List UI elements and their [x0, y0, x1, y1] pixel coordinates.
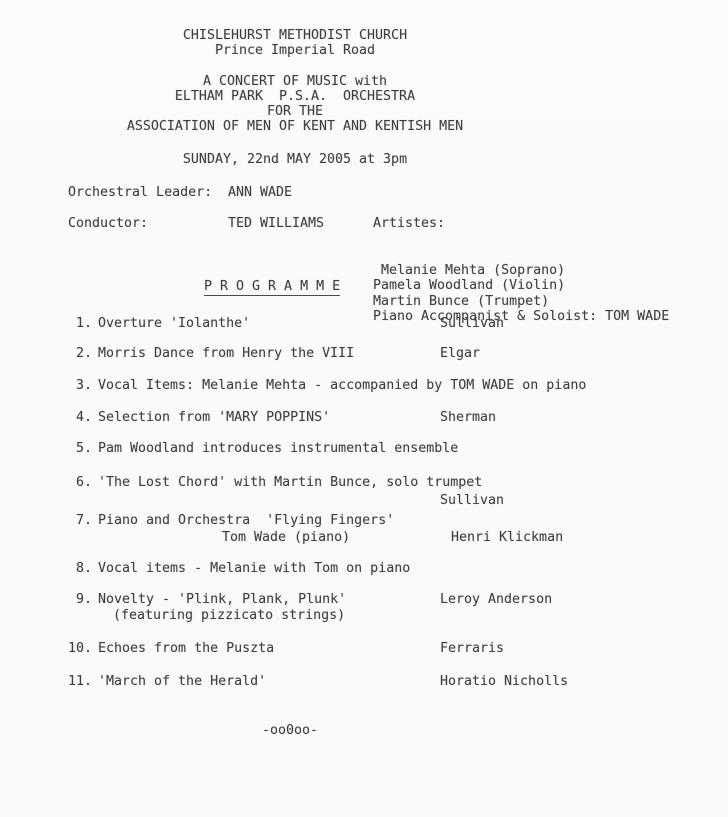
venue-heading: CHISLEHURST METHODIST CHURCH Prince Impe…: [0, 28, 590, 58]
item-title: Piano and Orchestra 'Flying Fingers': [98, 513, 394, 528]
item-composer: Henri Klickman: [451, 530, 563, 545]
item-number: 11.: [56, 674, 92, 689]
item-title: 'The Lost Chord' with Martin Bunce, solo…: [98, 475, 482, 490]
item-title: Vocal items - Melanie with Tom on piano: [98, 561, 410, 576]
programme-item: 11. 'March of the Herald' Horatio Nichol…: [56, 674, 716, 708]
item-number: 9.: [56, 592, 92, 607]
item-number: 4.: [56, 410, 92, 425]
programme-item: 2. Morris Dance from Henry the VIII Elga…: [56, 346, 716, 380]
item-number: 8.: [56, 561, 92, 576]
item-number: 10.: [56, 641, 92, 656]
item-number: 1.: [56, 316, 92, 331]
programme-item: 1. Overture 'Iolanthe' Sullivan: [56, 316, 716, 350]
item-title: Overture 'Iolanthe': [98, 316, 250, 331]
programme-page: CHISLEHURST METHODIST CHURCH Prince Impe…: [0, 0, 728, 817]
item-number: 2.: [56, 346, 92, 361]
event-date: SUNDAY, 22nd MAY 2005 at 3pm: [0, 152, 590, 167]
programme-item: 10. Echoes from the Puszta Ferraris: [56, 641, 716, 675]
item-title: Selection from 'MARY POPPINS': [98, 410, 330, 425]
footer-divider: -oo0oo-: [262, 723, 318, 738]
programme-item: 4. Selection from 'MARY POPPINS' Sherman: [56, 410, 716, 444]
item-composer: Horatio Nicholls: [440, 674, 568, 689]
item-composer: Sherman: [440, 410, 496, 425]
programme-heading: P R O G R A M M E: [204, 279, 340, 296]
conductor-value: TED WILLIAMS: [228, 216, 324, 231]
item-composer: Ferraris: [440, 641, 504, 656]
item-title: 'March of the Herald': [98, 674, 266, 689]
item-title: Vocal Items: Melanie Mehta - accompanied…: [98, 378, 586, 393]
item-number: 5.: [56, 441, 92, 456]
item-number: 6.: [56, 475, 92, 490]
programme-item: 5. Pam Woodland introduces instrumental …: [56, 441, 716, 475]
orchestral-leader-value: ANN WADE: [228, 185, 292, 200]
programme-item: 3. Vocal Items: Melanie Mehta - accompan…: [56, 378, 716, 412]
programme-item: 9. Novelty - 'Plink, Plank, Plunk' Leroy…: [56, 592, 716, 626]
item-composer: Sullivan: [440, 493, 504, 508]
conductor-label: Conductor:: [68, 216, 148, 231]
item-number: 3.: [56, 378, 92, 393]
item-subline: (featuring pizzicato strings): [113, 608, 345, 623]
orchestral-leader-label: Orchestral Leader:: [68, 185, 212, 200]
artistes-heading: Artistes:: [373, 216, 669, 232]
item-title: Novelty - 'Plink, Plank, Plunk': [98, 592, 346, 607]
item-title: Morris Dance from Henry the VIII: [98, 346, 354, 361]
item-title: Pam Woodland introduces instrumental ens…: [98, 441, 458, 456]
item-composer: Elgar: [440, 346, 480, 361]
item-title: Echoes from the Puszta: [98, 641, 274, 656]
item-composer: Leroy Anderson: [440, 592, 552, 607]
item-subline: Tom Wade (piano): [222, 530, 350, 545]
item-number: 7.: [56, 513, 92, 528]
item-composer: Sullivan: [440, 316, 504, 331]
programme-item: 8. Vocal items - Melanie with Tom on pia…: [56, 561, 716, 595]
programme-item: 7. Piano and Orchestra 'Flying Fingers' …: [56, 513, 716, 547]
programme-item: 6. 'The Lost Chord' with Martin Bunce, s…: [56, 475, 716, 509]
event-heading: A CONCERT OF MUSIC with ELTHAM PARK P.S.…: [0, 74, 590, 134]
